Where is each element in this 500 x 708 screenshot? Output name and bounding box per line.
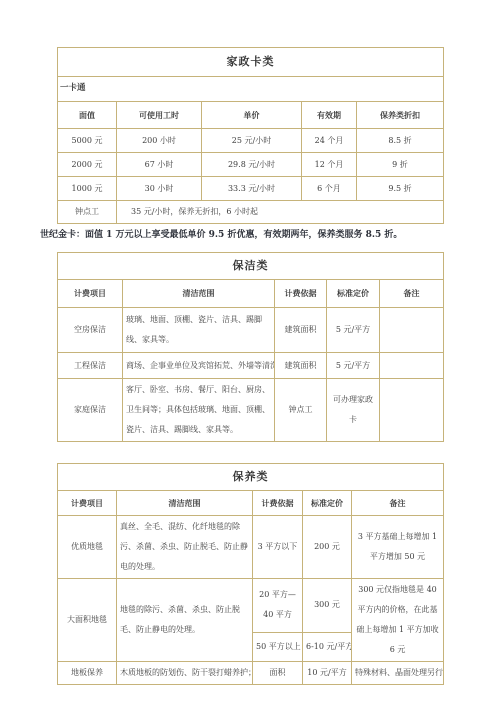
table-row-engineering: 工程保洁 商场、企事业单位及宾馆拓荒、外墙等清洗。 建筑面积 5 元/平方 [58, 353, 444, 379]
column-header-remark: 备注 [352, 491, 444, 516]
cleaning-category-table: 保洁类 计费项目 清洁范围 计费依据 标准定价 备注 空房保洁 玻璃、地面、顶棚… [57, 252, 444, 442]
cell-cleaning-scope: 地毯的除污、杀菌、杀虫、防止脱毛、防止静电的处理。 [117, 579, 253, 662]
housekeeping-card-table: 家政卡类 一卡通 面值 可使用工时 单价 有效期 保养类折扣 5000 元 20… [57, 47, 444, 224]
cell-standard-price: 5 元/平方 [327, 353, 380, 379]
table-title-row: 保养类 [58, 464, 444, 491]
card-table-title: 家政卡类 [58, 48, 444, 77]
cell-validity: 6 个月 [302, 177, 357, 201]
maintenance-table-title: 保养类 [58, 464, 444, 491]
table-header-row: 计费项目 清洁范围 计费依据 标准定价 备注 [58, 280, 444, 308]
column-header-standard-price: 标准定价 [327, 280, 380, 308]
cell-remark-empty [380, 379, 444, 442]
cell-face-value: 1000 元 [58, 177, 117, 201]
cell-hourly-label: 钟点工 [58, 201, 117, 224]
column-header-cleaning-scope: 清洁范围 [117, 491, 253, 516]
column-header-billing-item: 计费项目 [58, 280, 123, 308]
cell-remark: 特殊材料、晶面处理另行计费 [352, 662, 444, 685]
cell-cleaning-scope: 商场、企事业单位及宾馆拓荒、外墙等清洗。 [123, 353, 275, 379]
cell-face-value: 2000 元 [58, 153, 117, 177]
cell-remark-empty [380, 353, 444, 379]
cleaning-table-title: 保洁类 [58, 253, 444, 280]
cell-billing-item: 地板保养 [58, 662, 117, 685]
cell-usable-hours: 200 小时 [117, 129, 202, 153]
cell-remark-empty [380, 308, 444, 353]
column-header-validity: 有效期 [302, 102, 357, 129]
cell-remark: 300 元仅指地毯是 40 平方内的价格，在此基础上每增加 1 平方加收 6 元 [352, 579, 444, 662]
column-header-cleaning-scope: 清洁范围 [123, 280, 275, 308]
column-header-billing-basis: 计费依据 [253, 491, 303, 516]
column-header-billing-basis: 计费依据 [275, 280, 327, 308]
cell-discount: 9 折 [357, 153, 444, 177]
document-page: 家政卡类 一卡通 面值 可使用工时 单价 有效期 保养类折扣 5000 元 20… [0, 0, 500, 708]
cell-billing-basis: 3 平方以下 [253, 516, 303, 579]
cell-billing-basis: 50 平方以上 [253, 632, 303, 661]
table-row-large-carpet: 大面积地毯 地毯的除污、杀菌、杀虫、防止脱毛、防止静电的处理。 20 平方—40… [58, 579, 444, 633]
cell-validity: 12 个月 [302, 153, 357, 177]
cell-billing-basis: 建筑面积 [275, 353, 327, 379]
cell-billing-item: 优质地毯 [58, 516, 117, 579]
cell-standard-price: 10 元/平方 [303, 662, 352, 685]
table-row-floor-maintenance: 地板保养 木质地板的防划伤、防干裂打蜡养护；石 面积 10 元/平方 特殊材料、… [58, 662, 444, 685]
table-row: 1000 元 30 小时 33.3 元/小时 6 个月 9.5 折 [58, 177, 444, 201]
table-row-home-cleaning: 家庭保洁 客厅、卧室、书房、餐厅、阳台、厨房、卫生间等；具体包括玻璃、地面、顶棚… [58, 379, 444, 442]
maintenance-category-table: 保养类 计费项目 清洁范围 计费依据 标准定价 备注 优质地毯 真丝、全毛、混纺… [57, 463, 444, 685]
table-header-row: 面值 可使用工时 单价 有效期 保养类折扣 [58, 102, 444, 129]
cell-usable-hours: 67 小时 [117, 153, 202, 177]
table-row-vacant-house: 空房保洁 玻璃、地面、顶棚、瓷片、洁具、踢脚线、家具等。 建筑面积 5 元/平方 [58, 308, 444, 353]
cell-standard-price: 6-10 元/平方 [303, 632, 352, 661]
cell-billing-basis: 20 平方—40 平方 [253, 579, 303, 633]
column-header-remark: 备注 [380, 280, 444, 308]
cell-cleaning-scope: 真丝、全毛、混纺、化纤地毯的除污、杀菌、杀虫、防止脱毛、防止静电的处理。 [117, 516, 253, 579]
column-header-billing-item: 计费项目 [58, 491, 117, 516]
cell-billing-basis: 建筑面积 [275, 308, 327, 353]
cell-unit-price: 25 元/小时 [202, 129, 302, 153]
cell-discount: 8.5 折 [357, 129, 444, 153]
table-title-row: 家政卡类 [58, 48, 444, 77]
table-title-row: 保洁类 [58, 253, 444, 280]
table-subtitle-row: 一卡通 [58, 77, 444, 102]
cell-face-value: 5000 元 [58, 129, 117, 153]
table-header-row: 计费项目 清洁范围 计费依据 标准定价 备注 [58, 491, 444, 516]
cell-unit-price: 33.3 元/小时 [202, 177, 302, 201]
cell-billing-item: 空房保洁 [58, 308, 123, 353]
cell-standard-price: 200 元 [303, 516, 352, 579]
cell-billing-basis: 钟点工 [275, 379, 327, 442]
cell-standard-price: 5 元/平方 [327, 308, 380, 353]
cell-billing-item: 工程保洁 [58, 353, 123, 379]
table-row: 5000 元 200 小时 25 元/小时 24 个月 8.5 折 [58, 129, 444, 153]
cell-cleaning-scope: 客厅、卧室、书房、餐厅、阳台、厨房、卫生间等；具体包括玻璃、地面、顶棚、瓷片、洁… [123, 379, 275, 442]
card-table-subtitle: 一卡通 [58, 77, 444, 102]
cell-standard-price: 300 元 [303, 579, 352, 633]
cell-discount: 9.5 折 [357, 177, 444, 201]
column-header-discount: 保养类折扣 [357, 102, 444, 129]
table-row-hourly-worker: 钟点工 35 元/小时，保养无折扣，6 小时起 [58, 201, 444, 224]
cell-billing-item: 家庭保洁 [58, 379, 123, 442]
cell-cleaning-scope: 玻璃、地面、顶棚、瓷片、洁具、踢脚线、家具等。 [123, 308, 275, 353]
cell-remark: 3 平方基础上每增加 1 平方增加 50 元 [352, 516, 444, 579]
cell-billing-basis: 面积 [253, 662, 303, 685]
cell-unit-price: 29.8 元/小时 [202, 153, 302, 177]
table-row-quality-carpet: 优质地毯 真丝、全毛、混纺、化纤地毯的除污、杀菌、杀虫、防止脱毛、防止静电的处理… [58, 516, 444, 579]
column-header-unit-price: 单价 [202, 102, 302, 129]
cell-standard-price: 可办理家政卡 [327, 379, 380, 442]
cell-validity: 24 个月 [302, 129, 357, 153]
table-row: 2000 元 67 小时 29.8 元/小时 12 个月 9 折 [58, 153, 444, 177]
century-gold-card-note: 世纪金卡：面值 1 万元以上享受最低单价 9.5 折优惠，有效期两年，保养类服务… [40, 229, 480, 242]
column-header-standard-price: 标准定价 [303, 491, 352, 516]
cell-billing-item: 大面积地毯 [58, 579, 117, 662]
cell-hourly-detail: 35 元/小时，保养无折扣，6 小时起 [117, 201, 444, 224]
cell-cleaning-scope: 木质地板的防划伤、防干裂打蜡养护；石 [117, 662, 253, 685]
column-header-usable-hours: 可使用工时 [117, 102, 202, 129]
cell-usable-hours: 30 小时 [117, 177, 202, 201]
column-header-face-value: 面值 [58, 102, 117, 129]
